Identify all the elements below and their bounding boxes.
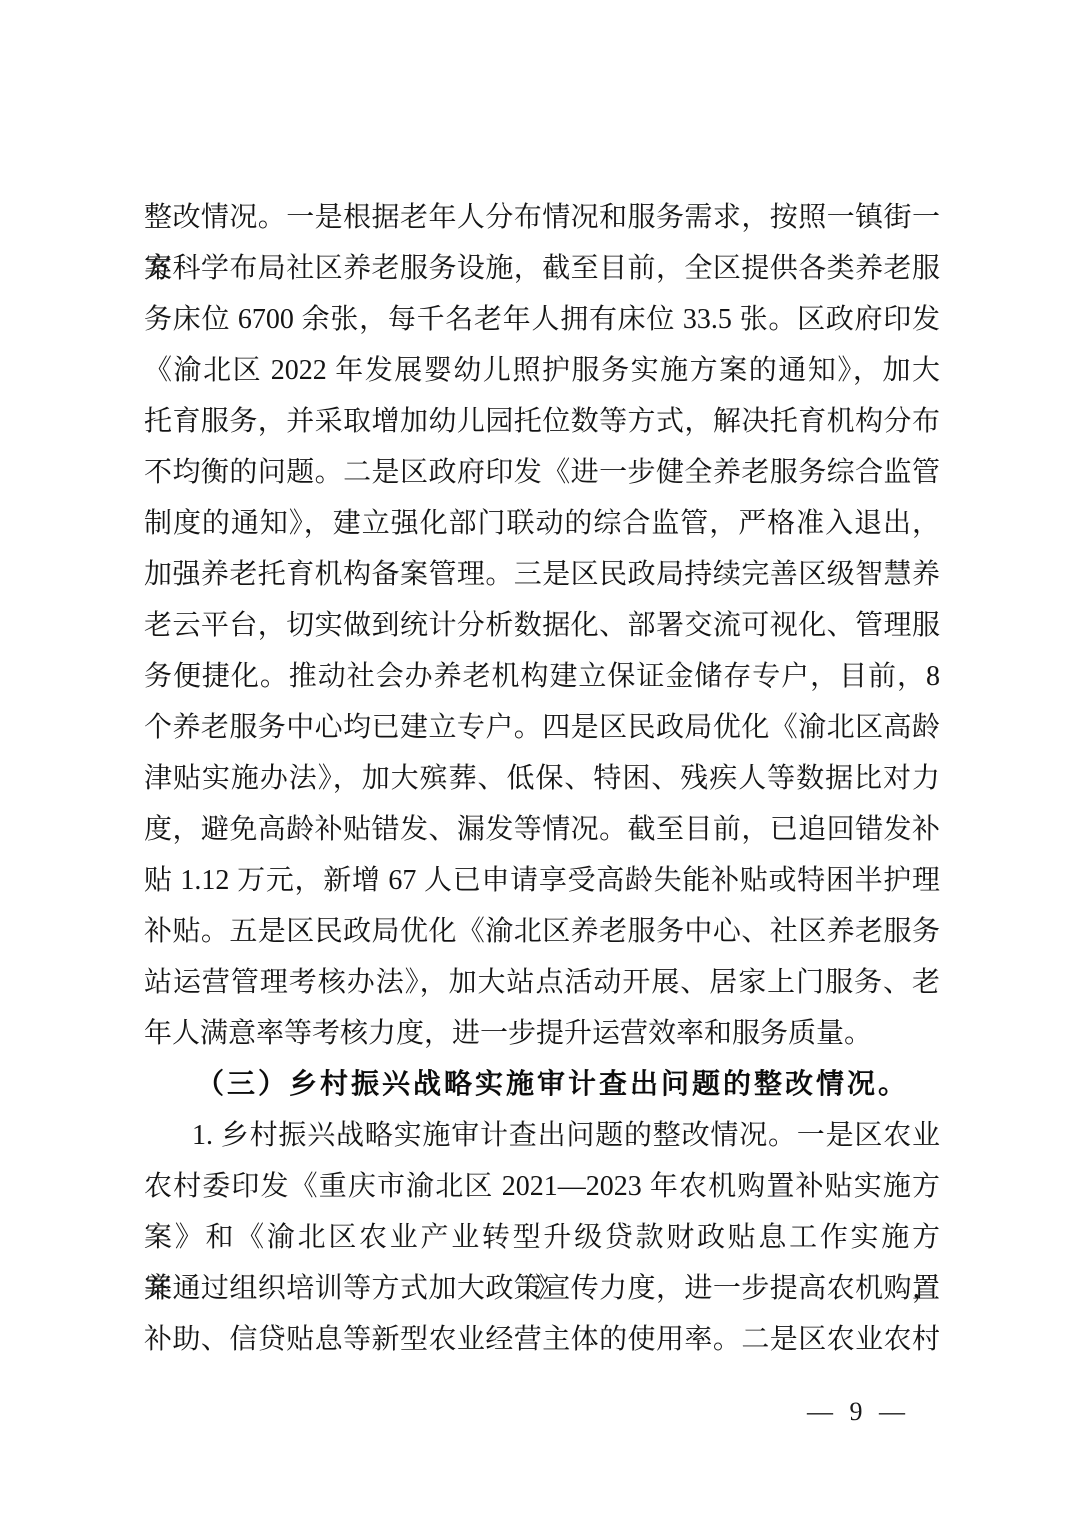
document-line: 并通过组织培训等方式加大政策宣传力度，进一步提高农机购置: [144, 1263, 940, 1314]
document-body: 整改情况。一是根据老年人分布情况和服务需求，按照一镇街一方 案科学布局社区养老服…: [144, 192, 940, 1365]
document-line: 《渝北区 2022 年发展婴幼儿照护服务实施方案的通知》，加大: [144, 345, 940, 396]
document-line: 不均衡的问题。二是区政府印发《进一步健全养老服务综合监管: [144, 447, 940, 498]
document-line: 案科学布局社区养老服务设施，截至目前，全区提供各类养老服: [144, 243, 940, 294]
document-line: 补助、信贷贴息等新型农业经营主体的使用率。二是区农业农村: [144, 1314, 940, 1365]
document-line: 老云平台，切实做到统计分析数据化、部署交流可视化、管理服: [144, 600, 940, 651]
document-page: 整改情况。一是根据老年人分布情况和服务需求，按照一镇街一方 案科学布局社区养老服…: [0, 0, 1074, 1520]
document-line: 补贴。五是区民政局优化《渝北区养老服务中心、社区养老服务: [144, 906, 940, 957]
document-line: 度，避免高龄补贴错发、漏发等情况。截至目前，已追回错发补: [144, 804, 940, 855]
document-line: 制度的通知》，建立强化部门联动的综合监管，严格准入退出，: [144, 498, 940, 549]
page-number: — 9 —: [807, 1396, 910, 1428]
document-line: 务床位 6700 余张，每千名老年人拥有床位 33.5 张。区政府印发: [144, 294, 940, 345]
document-line: 整改情况。一是根据老年人分布情况和服务需求，按照一镇街一方: [144, 192, 940, 243]
document-line: 站运营管理考核办法》，加大站点活动开展、居家上门服务、老: [144, 957, 940, 1008]
document-line: 农村委印发《重庆市渝北区 2021—2023 年农机购置补贴实施方: [144, 1161, 940, 1212]
document-line: 托育服务，并采取增加幼儿园托位数等方式，解决托育机构分布: [144, 396, 940, 447]
document-line: 年人满意率等考核力度，进一步提升运营效率和服务质量。: [144, 1008, 940, 1059]
document-line: 津贴实施办法》，加大殡葬、低保、特困、残疾人等数据比对力: [144, 753, 940, 804]
document-line: 贴 1.12 万元，新增 67 人已申请享受高龄失能补贴或特困半护理: [144, 855, 940, 906]
section-heading: （三）乡村振兴战略实施审计查出问题的整改情况。: [144, 1059, 940, 1110]
document-line: 务便捷化。推动社会办养老机构建立保证金储存专户，目前，8: [144, 651, 940, 702]
document-line: 加强养老托育机构备案管理。三是区民政局持续完善区级智慧养: [144, 549, 940, 600]
document-line: 1. 乡村振兴战略实施审计查出问题的整改情况。一是区农业: [144, 1110, 940, 1161]
document-line: 案》和《渝北区农业产业转型升级贷款财政贴息工作实施方案》，: [144, 1212, 940, 1263]
document-line: 个养老服务中心均已建立专户。四是区民政局优化《渝北区高龄: [144, 702, 940, 753]
